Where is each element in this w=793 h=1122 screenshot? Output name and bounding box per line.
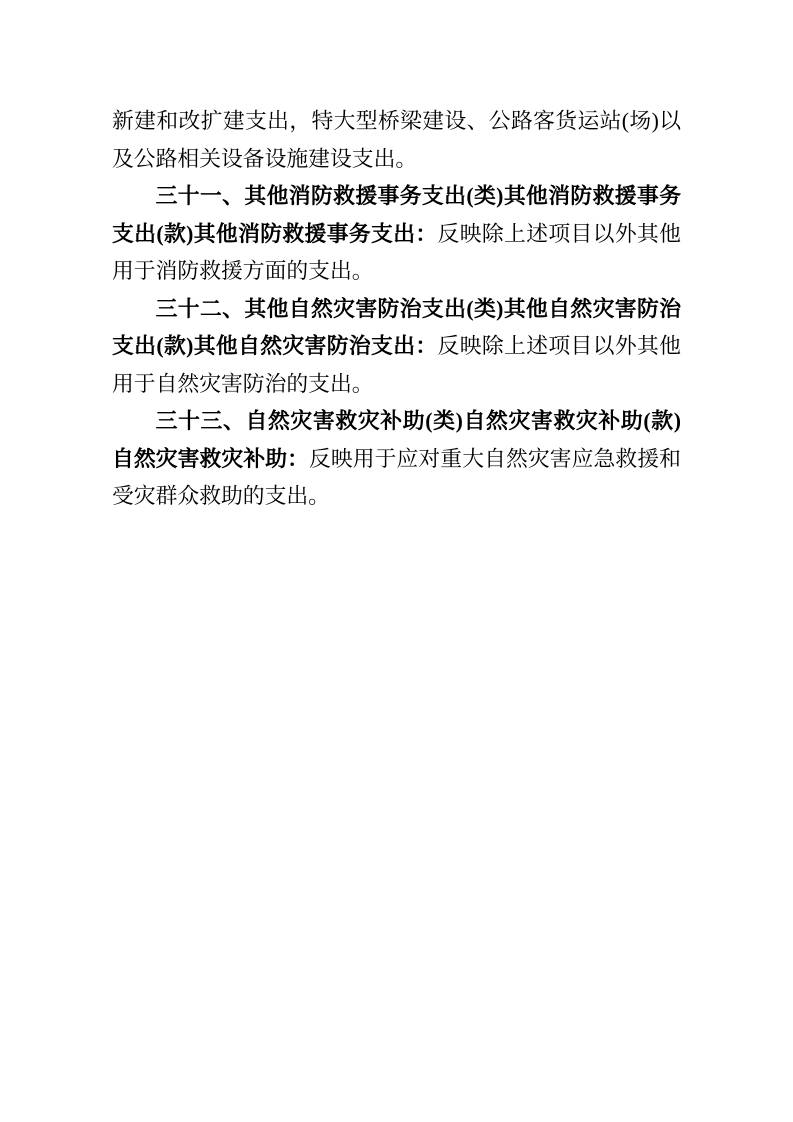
paragraph-item-31: 三十一、其他消防救援事务支出(类)其他消防救援事务支出(款)其他消防救援事务支出… xyxy=(112,178,681,291)
document-text-block: 新建和改扩建支出，特大型桥梁建设、公路客货运站(场)以及公路相关设备设施建设支出… xyxy=(112,103,681,516)
paragraph-item-32: 三十二、其他自然灾害防治支出(类)其他自然灾害防治支出(款)其他自然灾害防治支出… xyxy=(112,291,681,404)
paragraph-continuation: 新建和改扩建支出，特大型桥梁建设、公路客货运站(场)以及公路相关设备设施建设支出… xyxy=(112,103,681,178)
paragraph-item-33: 三十三、自然灾害救灾补助(类)自然灾害救灾补助(款)自然灾害救灾补助：反映用于应… xyxy=(112,403,681,516)
paragraph-body: 新建和改扩建支出，特大型桥梁建设、公路客货运站(场)以及公路相关设备设施建设支出… xyxy=(112,109,681,171)
document-page: 新建和改扩建支出，特大型桥梁建设、公路客货运站(场)以及公路相关设备设施建设支出… xyxy=(0,0,793,1122)
